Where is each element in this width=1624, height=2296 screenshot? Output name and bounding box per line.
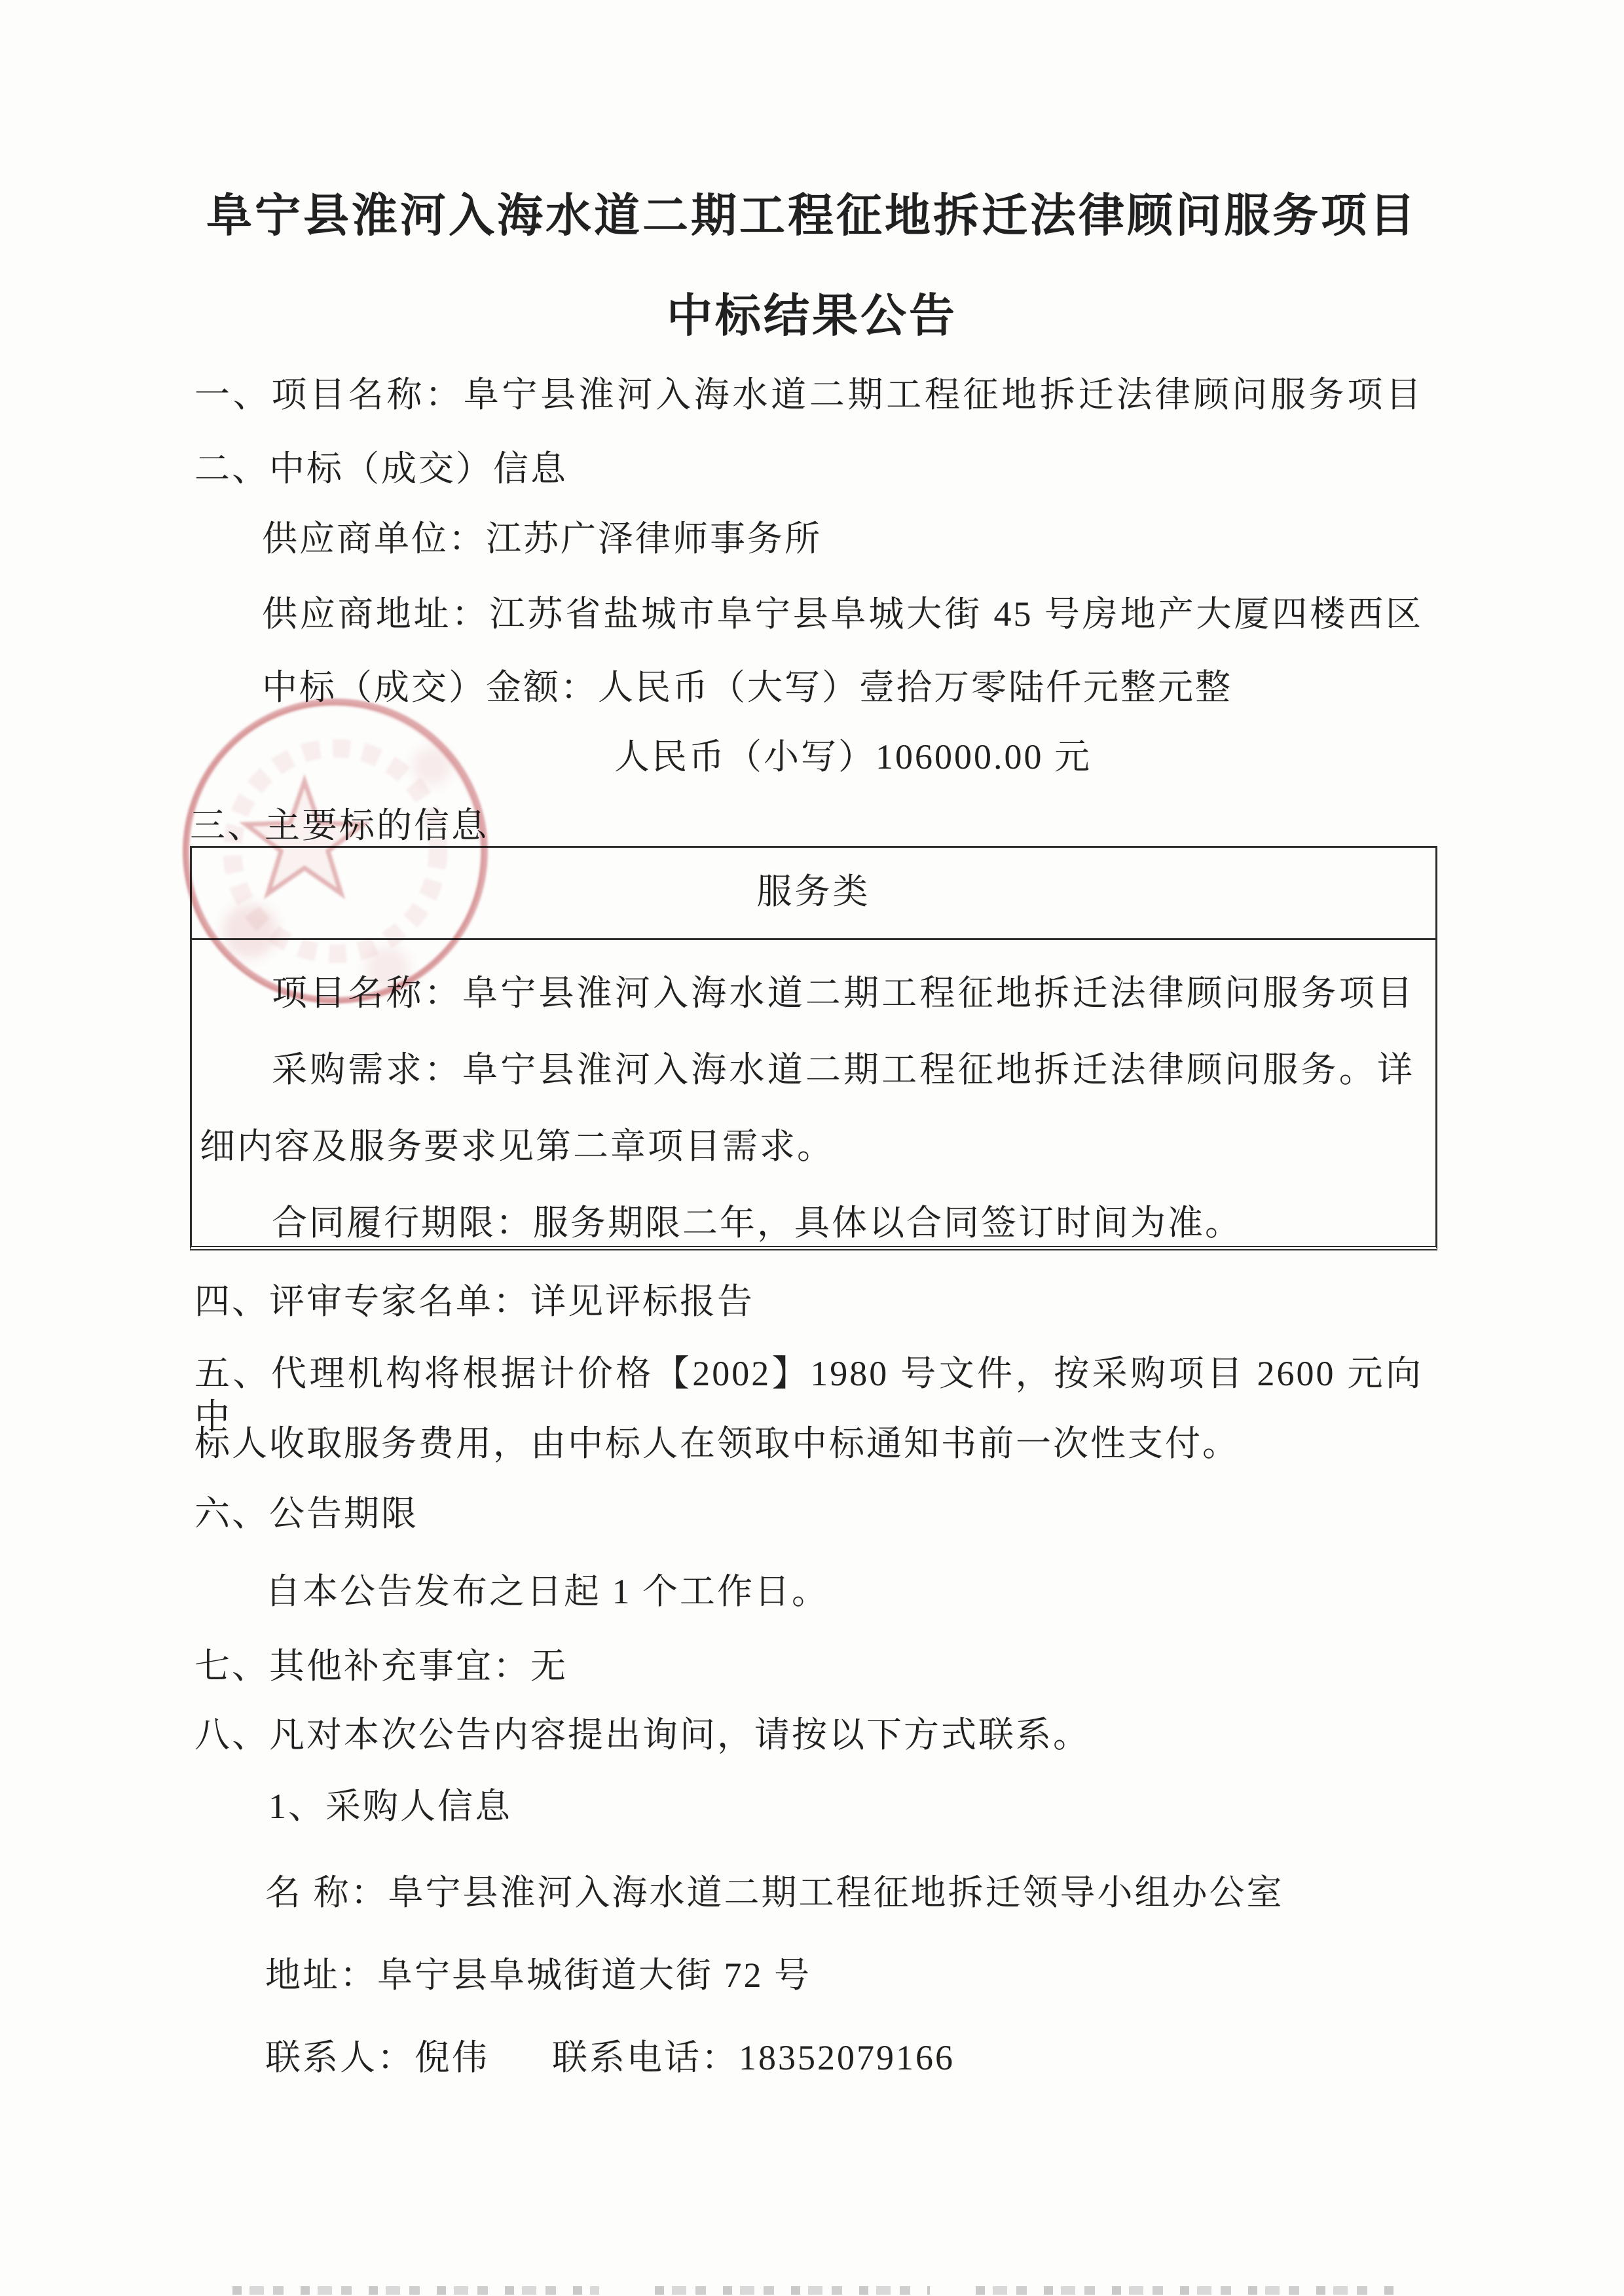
award-amount-figures-line: 人民币（小写）106000.00 元 xyxy=(614,735,1092,778)
table-line-procurement-demand: 采购需求：阜宁县淮河入海水道二期工程征地拆迁法律顾问服务。详 xyxy=(200,1032,1414,1108)
section-1-project-name: 一、项目名称：阜宁县淮河入海水道二期工程征地拆迁法律顾问服务项目 xyxy=(194,373,1423,416)
section-2-heading: 二、中标（成交）信息 xyxy=(194,447,568,490)
section-4-expert-list: 四、评审专家名单：详见评标报告 xyxy=(194,1280,754,1323)
section-6-body: 自本公告发布之日起 1 个工作日。 xyxy=(265,1570,829,1613)
table-line-contract-term: 合同履行期限：服务期限二年，具体以合同签订时间为准。 xyxy=(200,1185,1414,1246)
contact-person: 联系人：倪伟 xyxy=(265,2038,489,2077)
purchaser-address-line: 地址：阜宁县阜城街道大街 72 号 xyxy=(265,1954,811,1997)
supplier-name-line: 供应商单位：江苏广泽律师事务所 xyxy=(262,517,822,560)
bottom-cutoff-artifact xyxy=(232,2286,599,2295)
section-7-other-matters: 七、其他补充事宜：无 xyxy=(194,1645,568,1688)
section-8-heading: 八、凡对本次公告内容提出询问，请按以下方式联系。 xyxy=(194,1713,1090,1757)
document-title-line-1: 阜宁县淮河入海水道二期工程征地拆迁法律顾问服务项目 xyxy=(0,187,1624,247)
table-header-service-category: 服务类 xyxy=(192,848,1435,940)
section-5-line-2: 标人收取服务费用，由中标人在领取中标通知书前一次性支付。 xyxy=(194,1422,1240,1465)
contact-line: 联系人：倪伟联系电话：18352079166 xyxy=(265,2036,955,2079)
table-body-cell: 项目名称：阜宁县淮河入海水道二期工程征地拆迁法律顾问服务项目 采购需求：阜宁县淮… xyxy=(192,940,1435,1246)
award-amount-words-line: 中标（成交）金额：人民币（大写）壹拾万零陆仟元整元整 xyxy=(262,666,1232,709)
bottom-cutoff-artifact xyxy=(976,2286,1395,2295)
bottom-cutoff-artifact xyxy=(655,2286,930,2295)
table-line-procurement-demand-cont: 细内容及服务要求见第二章项目需求。 xyxy=(200,1108,1414,1185)
section-6-heading: 六、公告期限 xyxy=(194,1492,418,1535)
contact-phone: 联系电话：18352079166 xyxy=(552,2036,955,2079)
purchaser-info-subheading: 1、采购人信息 xyxy=(268,1785,512,1828)
document-title-line-2: 中标结果公告 xyxy=(0,287,1624,347)
subject-matter-table: 服务类 项目名称：阜宁县淮河入海水道二期工程征地拆迁法律顾问服务项目 采购需求：… xyxy=(190,846,1437,1250)
section-3-heading: 三、主要标的信息 xyxy=(190,804,489,847)
table-line-project-name: 项目名称：阜宁县淮河入海水道二期工程征地拆迁法律顾问服务项目 xyxy=(200,955,1414,1032)
scanned-announcement-page: 阜宁县淮河入海水道二期工程征地拆迁法律顾问服务项目 中标结果公告 一、项目名称：… xyxy=(0,0,1624,2296)
purchaser-name-line: 名 称：阜宁县淮河入海水道二期工程征地拆迁领导小组办公室 xyxy=(265,1871,1284,1914)
supplier-address-line: 供应商地址：江苏省盐城市阜宁县阜城大街 45 号房地产大厦四楼西区 xyxy=(262,592,1423,636)
